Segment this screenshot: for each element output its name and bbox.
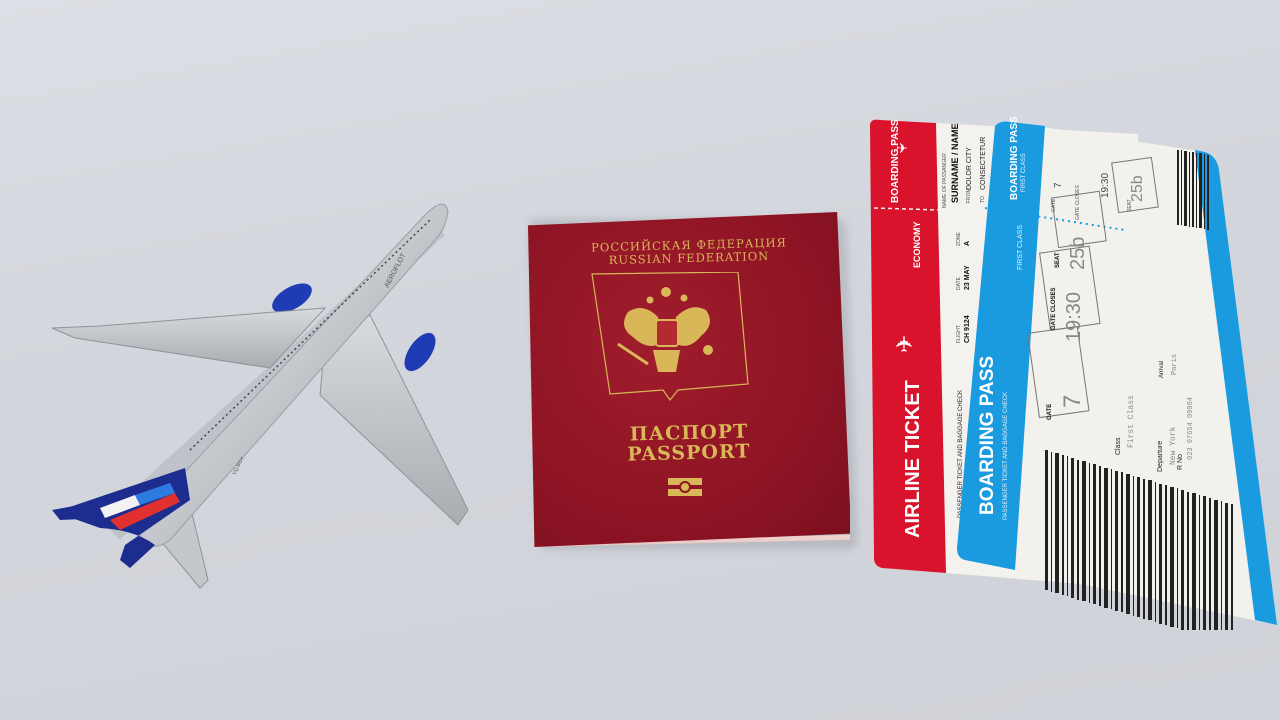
pass-header: BOARDING PASS <box>1009 116 1020 200</box>
pass-side-class: FIRST CLASS <box>1017 225 1024 270</box>
arrival-value: Paris <box>1171 354 1179 375</box>
ticket-class: ECONOMY <box>912 221 922 268</box>
class-label: Class <box>1115 437 1122 455</box>
gate-label: GATE <box>1047 404 1053 420</box>
rno-label: R No <box>1177 454 1184 470</box>
passport: РОССИЙСКАЯ ФЕДЕРАЦИЯ RUSSIAN FEDERATION … <box>528 212 850 547</box>
gate-value: 7 <box>1059 395 1087 408</box>
plane-icon: ✈ <box>896 140 908 157</box>
stub-gate-value: 7 <box>1053 182 1064 188</box>
arrival-label: Arrival <box>1159 361 1165 378</box>
pass-header-class: FIRST CLASS <box>1021 153 1027 192</box>
pass-subtitle: PASSENGER TICKET AND BAGGAGE CHECK <box>1003 392 1009 520</box>
departure-label: Departure <box>1157 441 1164 472</box>
airplane-model: AEROFLOT VQ-BGY <box>40 190 480 600</box>
plane-icon: ✈ <box>892 335 918 353</box>
biometric-chip-icon <box>668 478 702 496</box>
boarding-pass: BOARDING PASS FIRST CLASS FIRST CLASS BO… <box>955 120 1280 630</box>
gate-closes-value: 19:30 <box>1063 292 1086 342</box>
stub-seat-value: 25b <box>1129 175 1147 202</box>
coat-of-arms-eagle-icon <box>588 272 753 407</box>
ticket-header: BOARDING PASS <box>890 119 901 203</box>
stub-closes-value: 19:30 <box>1100 173 1111 198</box>
pass-title: BOARDING PASS <box>977 356 999 515</box>
stub-closes-label: GATE CLOSES <box>1075 185 1081 220</box>
passenger-label: NAME OF PASSANGER <box>942 153 948 208</box>
seat-label: SEAT <box>1055 252 1061 268</box>
gate-closes-label: GATE CLOSES <box>1051 287 1057 330</box>
rno-value: 023 07654 00984 <box>1187 397 1195 460</box>
class-value: First Class <box>1127 395 1136 448</box>
seat-value: 25b <box>1067 237 1090 270</box>
ticket-title: AIRLINE TICKET <box>902 380 925 538</box>
stub-gate-label: GATE <box>1051 199 1057 212</box>
photo-scene: AEROFLOT VQ-BGY РОССИЙСКАЯ ФЕДЕРАЦИЯ RUS… <box>0 0 1280 720</box>
